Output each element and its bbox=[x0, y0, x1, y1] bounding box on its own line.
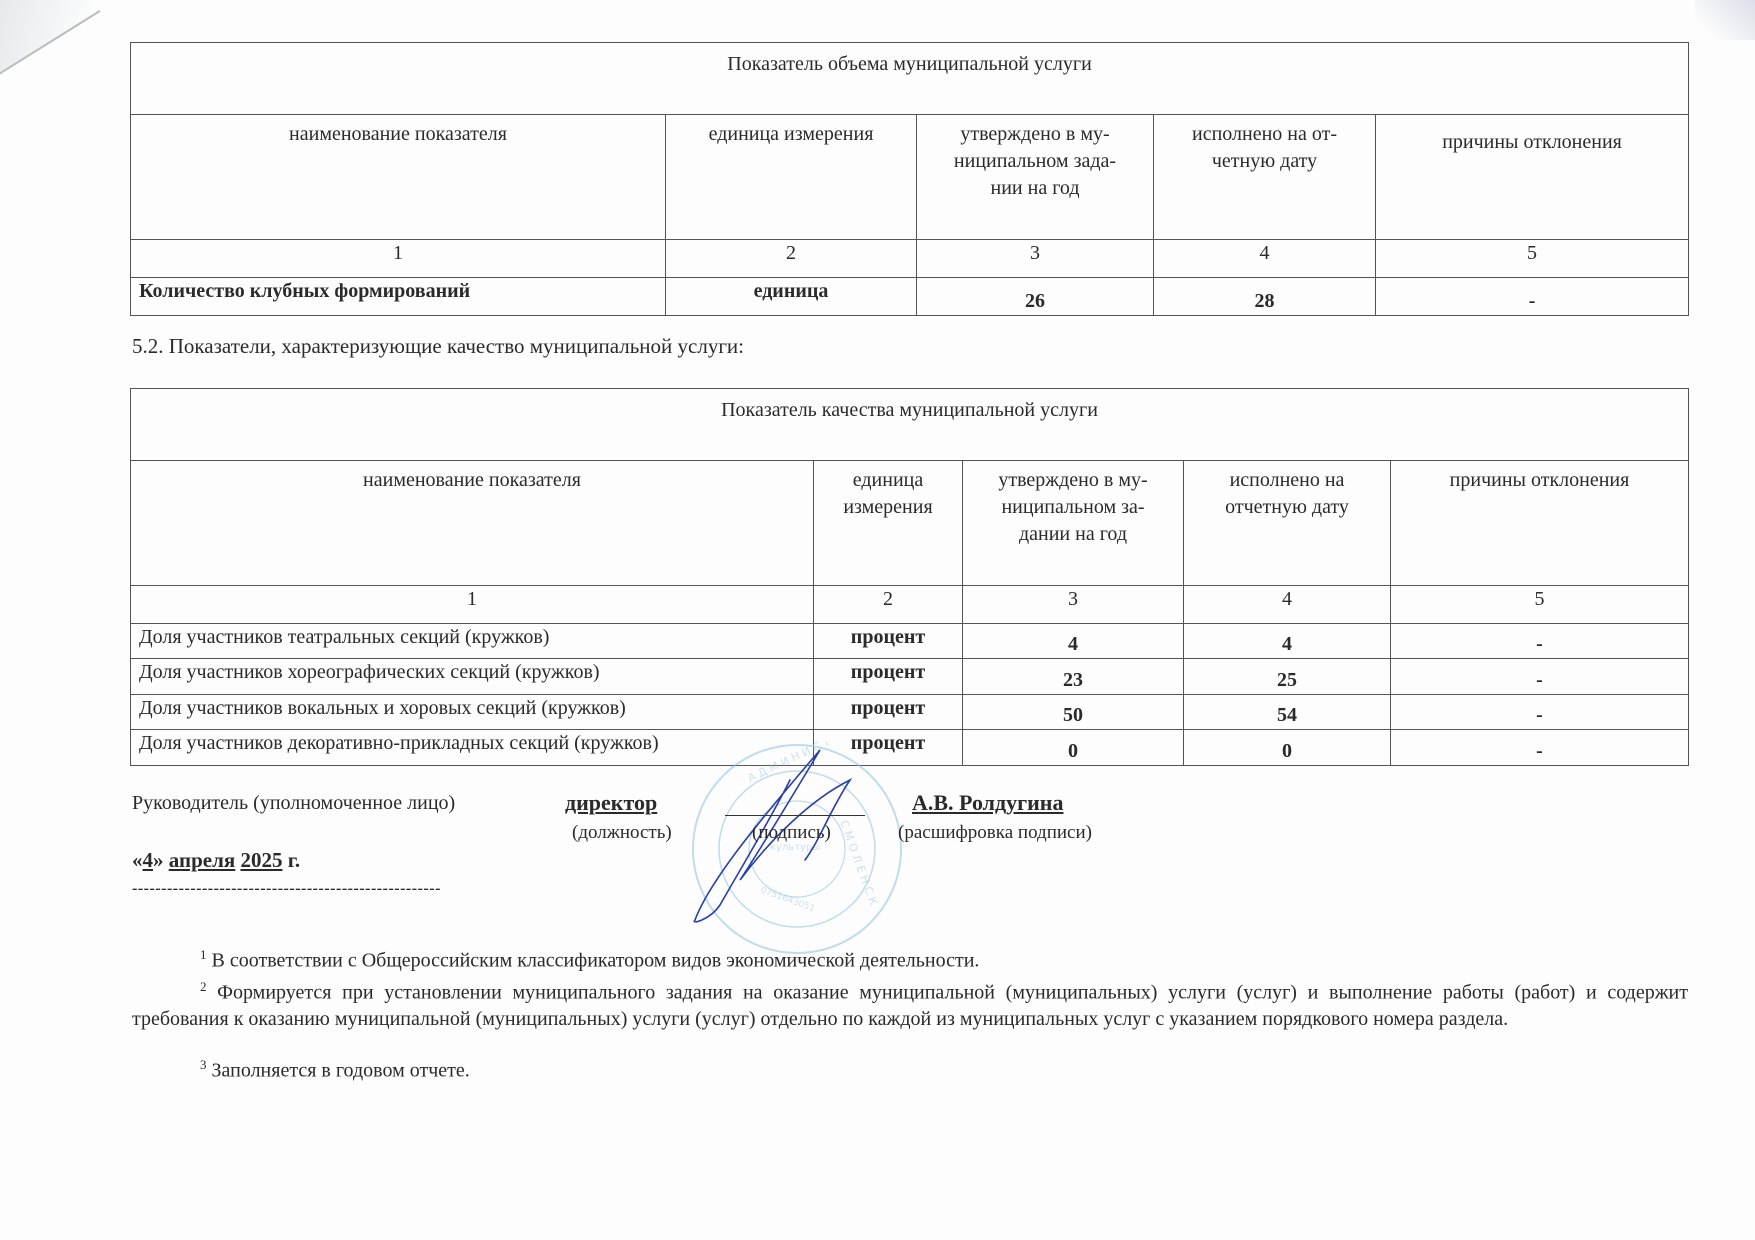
header-approved: утверждено в му- ниципальном зада- нии н… bbox=[917, 115, 1154, 240]
report-date: «4» апреля 2025 г. bbox=[132, 848, 300, 873]
indicator-unit: процент bbox=[814, 624, 963, 659]
header-approved: утверждено в му- ниципальном за- дании н… bbox=[963, 461, 1184, 586]
deviation-reason: - bbox=[1376, 278, 1689, 316]
header-indicator-name: наименование показателя bbox=[131, 115, 666, 240]
deviation-reason: - bbox=[1391, 695, 1689, 730]
approved-value: 23 bbox=[963, 659, 1184, 695]
quality-indicator-table: Показатель качества муниципальной услуги… bbox=[130, 388, 1689, 766]
actual-value: 25 bbox=[1184, 659, 1391, 695]
date-month: апреля bbox=[169, 848, 235, 872]
column-number: 2 bbox=[666, 240, 917, 278]
table-row: Доля участников вокальных и хоровых секц… bbox=[131, 695, 1689, 730]
column-number: 5 bbox=[1376, 240, 1689, 278]
column-number: 2 bbox=[814, 586, 963, 624]
signatory-name: А.В. Ролдугина bbox=[912, 790, 1063, 816]
header-actual: исполнено на отчетную дату bbox=[1184, 461, 1391, 586]
column-number: 4 bbox=[1154, 240, 1376, 278]
header-actual: исполнено на от- четную дату bbox=[1154, 115, 1376, 240]
actual-value: 4 bbox=[1184, 624, 1391, 659]
indicator-name: Доля участников хореографических секций … bbox=[131, 659, 814, 695]
header-indicator-name: наименование показателя bbox=[131, 461, 814, 586]
header-reason: причины отклонения bbox=[1391, 461, 1689, 586]
indicator-name: Количество клубных формирований bbox=[131, 278, 666, 316]
signatory-label: Руководитель (уполномоченное лицо) bbox=[132, 792, 455, 815]
caption-position: (должность) bbox=[572, 822, 672, 844]
header-unit: единица измерения bbox=[666, 115, 917, 240]
actual-value: 0 bbox=[1184, 730, 1391, 766]
indicator-unit: процент bbox=[814, 695, 963, 730]
scan-shadow bbox=[1695, 0, 1755, 40]
signature-line bbox=[725, 815, 865, 816]
column-number: 1 bbox=[131, 586, 814, 624]
svg-text:0751643051: 0751643051 bbox=[759, 885, 816, 914]
date-year: 2025 bbox=[240, 848, 282, 872]
table-row: Доля участников декоративно-прикладных с… bbox=[131, 730, 1689, 766]
indicator-name: Доля участников театральных секций (круж… bbox=[131, 624, 814, 659]
deviation-reason: - bbox=[1391, 659, 1689, 695]
indicator-unit: единица bbox=[666, 278, 917, 316]
scan-page-fold bbox=[0, 0, 101, 75]
indicator-unit: процент bbox=[814, 730, 963, 766]
indicator-name: Доля участников декоративно-прикладных с… bbox=[131, 730, 814, 766]
table-row: Количество клубных формирований единица … bbox=[131, 278, 1689, 316]
approved-value: 0 bbox=[963, 730, 1184, 766]
quality-section-caption: 5.2. Показатели, характеризующие качеств… bbox=[132, 334, 744, 359]
indicator-unit: процент bbox=[814, 659, 963, 695]
volume-indicator-table: Показатель объема муниципальной услуги н… bbox=[130, 42, 1689, 316]
deviation-reason: - bbox=[1391, 624, 1689, 659]
table-row: Доля участников хореографических секций … bbox=[131, 659, 1689, 695]
header-unit: единица измерения bbox=[814, 461, 963, 586]
approved-value: 4 bbox=[963, 624, 1184, 659]
column-number: 3 bbox=[917, 240, 1154, 278]
indicator-name: Доля участников вокальных и хоровых секц… bbox=[131, 695, 814, 730]
quality-table-title: Показатель качества муниципальной услуги bbox=[131, 389, 1689, 461]
footnote-1: 1 В соответствии с Общероссийским класси… bbox=[200, 942, 979, 974]
signatory-position: директор bbox=[565, 790, 657, 816]
column-number: 4 bbox=[1184, 586, 1391, 624]
column-number: 1 bbox=[131, 240, 666, 278]
column-number: 5 bbox=[1391, 586, 1689, 624]
footnote-separator: ----------------------------------------… bbox=[132, 880, 441, 898]
svg-text:С М О Л Е Н С К: С М О Л Е Н С К bbox=[837, 819, 880, 908]
approved-value: 26 bbox=[917, 278, 1154, 316]
column-number: 3 bbox=[963, 586, 1184, 624]
actual-value: 28 bbox=[1154, 278, 1376, 316]
approved-value: 50 bbox=[963, 695, 1184, 730]
caption-signature: (подпись) bbox=[752, 822, 831, 844]
organization-stamp-icon: А Д М И Н И С Т Р А Ц И Я С М О Л Е Н С … bbox=[690, 742, 905, 957]
footnote-2: 2 Формируется при установлении муниципал… bbox=[132, 974, 1688, 1032]
actual-value: 54 bbox=[1184, 695, 1391, 730]
header-reason: причины отклонения bbox=[1376, 115, 1689, 240]
volume-table-title: Показатель объема муниципальной услуги bbox=[131, 43, 1689, 115]
footnote-3: 3 Заполняется в годовом отчете. bbox=[200, 1052, 470, 1084]
table-row: Доля участников театральных секций (круж… bbox=[131, 624, 1689, 659]
deviation-reason: - bbox=[1391, 730, 1689, 766]
caption-name: (расшифровка подписи) bbox=[898, 822, 1092, 844]
date-day: 4 bbox=[143, 848, 154, 872]
